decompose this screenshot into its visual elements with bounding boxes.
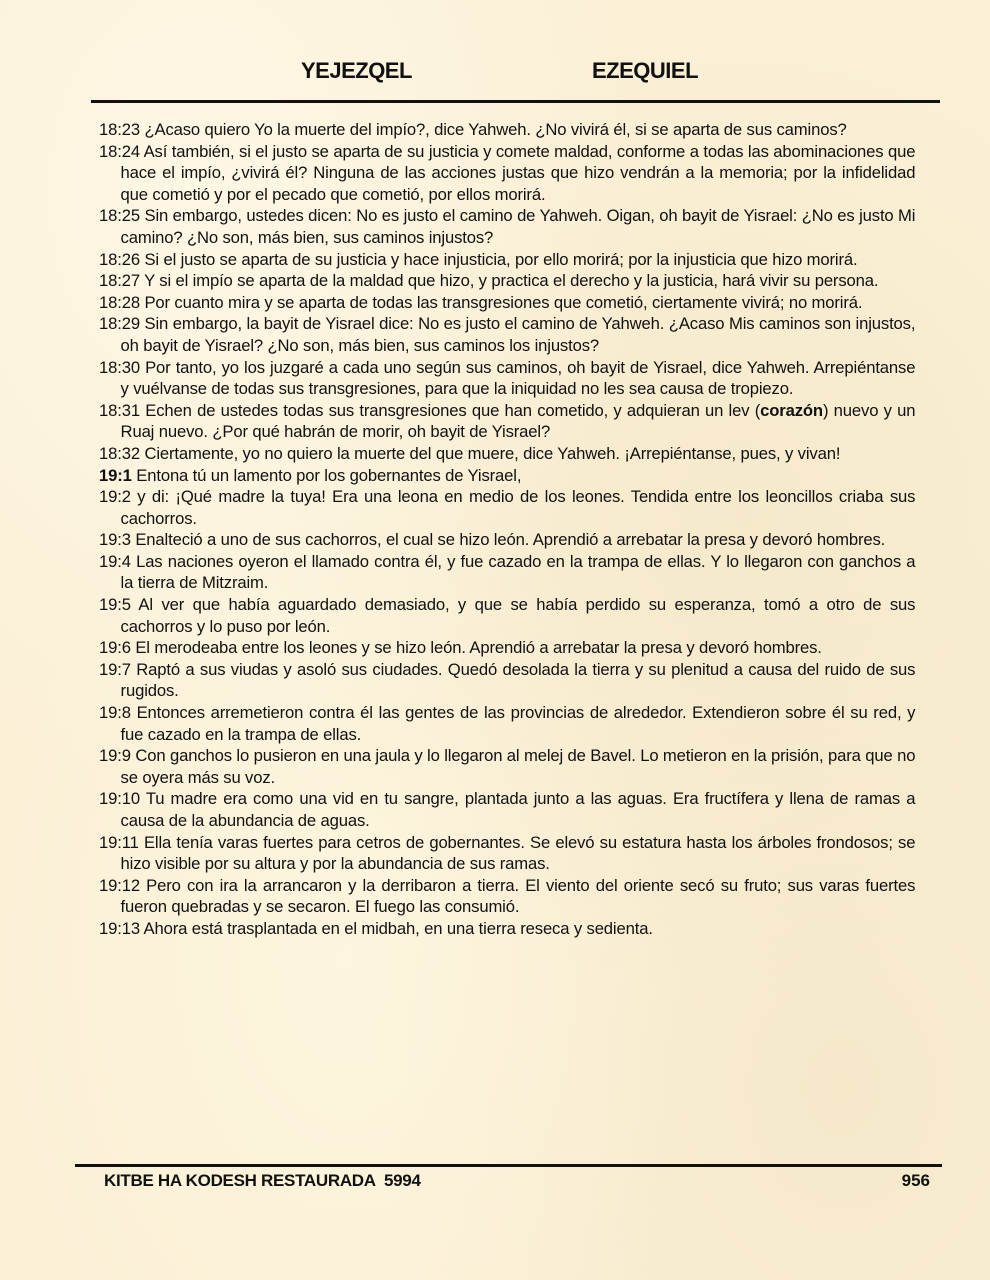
verse-ref: 19:3 bbox=[99, 530, 131, 549]
verse-text: Y si el impío se aparta de la maldad que… bbox=[144, 271, 878, 290]
verse-19-7: 19:7 Raptó a sus viudas y asoló sus ciud… bbox=[99, 659, 915, 702]
verse-ref: 18:27 bbox=[99, 271, 140, 290]
verse-ref: 18:30 bbox=[99, 358, 140, 377]
verse-emphasis: corazón bbox=[760, 401, 823, 420]
verse-text: Ella tenía varas fuertes para cetros de … bbox=[121, 833, 916, 874]
verse-text: Por tanto, yo los juzgaré a cada uno seg… bbox=[121, 358, 916, 399]
verse-ref: 19:12 bbox=[99, 876, 140, 895]
chapter-start-ref: 19:1 bbox=[99, 466, 132, 485]
verse-ref: 19:9 bbox=[99, 746, 131, 765]
verse-ref: 19:13 bbox=[99, 919, 140, 938]
header-rule bbox=[91, 100, 940, 103]
verse-18-23: 18:23 ¿Acaso quiero Yo la muerte del imp… bbox=[99, 119, 915, 141]
verse-18-30: 18:30 Por tanto, yo los juzgaré a cada u… bbox=[99, 357, 915, 400]
verse-text: Sin embargo, ustedes dicen: No es justo … bbox=[121, 206, 916, 247]
verse-text: Si el justo se aparta de su justicia y h… bbox=[144, 250, 857, 269]
verse-ref: 19:7 bbox=[99, 660, 131, 679]
verse-18-25: 18:25 Sin embargo, ustedes dicen: No es … bbox=[99, 205, 915, 248]
verse-text: y di: ¡Qué madre la tuya! Era una leona … bbox=[121, 487, 916, 528]
footer-rule bbox=[75, 1164, 942, 1167]
verse-text: Ciertamente, yo no quiero la muerte del … bbox=[144, 444, 840, 463]
verse-ref: 18:31 bbox=[99, 401, 140, 420]
verse-19-1: 19:1 Entona tú un lamento por los gobern… bbox=[99, 465, 915, 487]
verse-19-5: 19:5 Al ver que había aguardado demasiad… bbox=[99, 594, 915, 637]
verse-ref: 19:2 bbox=[99, 487, 131, 506]
verse-ref: 18:28 bbox=[99, 293, 140, 312]
verse-19-11: 19:11 Ella tenía varas fuertes para cetr… bbox=[99, 832, 915, 875]
verse-19-6: 19:6 El merodeaba entre los leones y se … bbox=[99, 637, 915, 659]
verse-text: Por cuanto mira y se aparta de todas las… bbox=[144, 293, 862, 312]
verse-ref: 18:24 bbox=[99, 142, 140, 161]
verse-18-31: 18:31 Echen de ustedes todas sus transgr… bbox=[99, 400, 915, 443]
verse-text: Tu madre era como una vid en tu sangre, … bbox=[121, 789, 916, 830]
verse-ref: 19:4 bbox=[99, 552, 131, 571]
verse-ref: 18:26 bbox=[99, 250, 140, 269]
verse-text-before: Echen de ustedes todas sus transgresione… bbox=[145, 401, 760, 420]
verse-text: Enalteció a uno de sus cachorros, el cua… bbox=[135, 530, 885, 549]
verse-text: Al ver que había aguardado demasiado, y … bbox=[121, 595, 916, 636]
verse-ref: 18:32 bbox=[99, 444, 140, 463]
footer-book-title: KITBE HA KODESH RESTAURADA 5994 bbox=[104, 1171, 421, 1191]
verse-ref: 18:25 bbox=[99, 206, 140, 225]
verse-18-32: 18:32 Ciertamente, yo no quiero la muert… bbox=[99, 443, 915, 465]
header-title-spanish: EZEQUIEL bbox=[592, 58, 698, 84]
verse-ref: 19:6 bbox=[99, 638, 131, 657]
verse-list: 18:23 ¿Acaso quiero Yo la muerte del imp… bbox=[99, 119, 932, 940]
verse-text: Raptó a sus viudas y asoló sus ciudades.… bbox=[121, 660, 916, 701]
verse-text: Pero con ira la arrancaron y la derribar… bbox=[121, 876, 916, 917]
verse-ref: 19:5 bbox=[99, 595, 131, 614]
verse-19-8: 19:8 Entonces arremetieron contra él las… bbox=[99, 702, 915, 745]
page-number: 956 bbox=[902, 1171, 930, 1191]
verse-text: Entona tú un lamento por los gobernantes… bbox=[136, 466, 521, 485]
verse-19-4: 19:4 Las naciones oyeron el llamado cont… bbox=[99, 551, 915, 594]
verse-text: Entonces arremetieron contra él las gent… bbox=[121, 703, 916, 744]
verse-text: El merodeaba entre los leones y se hizo … bbox=[135, 638, 821, 657]
page-header: YEJEZQEL EZEQUIEL bbox=[0, 58, 990, 92]
verse-19-13: 19:13 Ahora está trasplantada en el midb… bbox=[99, 918, 915, 940]
verse-ref: 18:23 bbox=[99, 120, 140, 139]
verse-text: Con ganchos lo pusieron en una jaula y l… bbox=[121, 746, 916, 787]
verse-19-10: 19:10 Tu madre era como una vid en tu sa… bbox=[99, 788, 915, 831]
verse-text: Así también, si el justo se aparta de su… bbox=[121, 142, 916, 204]
verse-18-24: 18:24 Así también, si el justo se aparta… bbox=[99, 141, 915, 206]
verse-text: Ahora está trasplantada en el midbah, en… bbox=[144, 919, 653, 938]
verse-text: ¿Acaso quiero Yo la muerte del impío?, d… bbox=[144, 120, 846, 139]
verse-ref: 18:29 bbox=[99, 314, 140, 333]
verse-18-29: 18:29 Sin embargo, la bayit de Yisrael d… bbox=[99, 313, 915, 356]
verse-ref: 19:8 bbox=[99, 703, 131, 722]
verse-ref: 19:10 bbox=[99, 789, 140, 808]
document-page: YEJEZQEL EZEQUIEL 18:23 ¿Acaso quiero Yo… bbox=[0, 0, 990, 1280]
verse-19-9: 19:9 Con ganchos lo pusieron en una jaul… bbox=[99, 745, 915, 788]
verse-18-26: 18:26 Si el justo se aparta de su justic… bbox=[99, 249, 915, 271]
verse-ref: 19:11 bbox=[99, 833, 139, 852]
verse-19-3: 19:3 Enalteció a uno de sus cachorros, e… bbox=[99, 529, 915, 551]
header-title-hebrew: YEJEZQEL bbox=[301, 58, 412, 84]
verse-19-2: 19:2 y di: ¡Qué madre la tuya! Era una l… bbox=[99, 486, 915, 529]
verse-text: Sin embargo, la bayit de Yisrael dice: N… bbox=[121, 314, 916, 355]
verse-text: Las naciones oyeron el llamado contra él… bbox=[121, 552, 916, 593]
verse-18-28: 18:28 Por cuanto mira y se aparta de tod… bbox=[99, 292, 915, 314]
verse-18-27: 18:27 Y si el impío se aparta de la mald… bbox=[99, 270, 915, 292]
verse-19-12: 19:12 Pero con ira la arrancaron y la de… bbox=[99, 875, 915, 918]
